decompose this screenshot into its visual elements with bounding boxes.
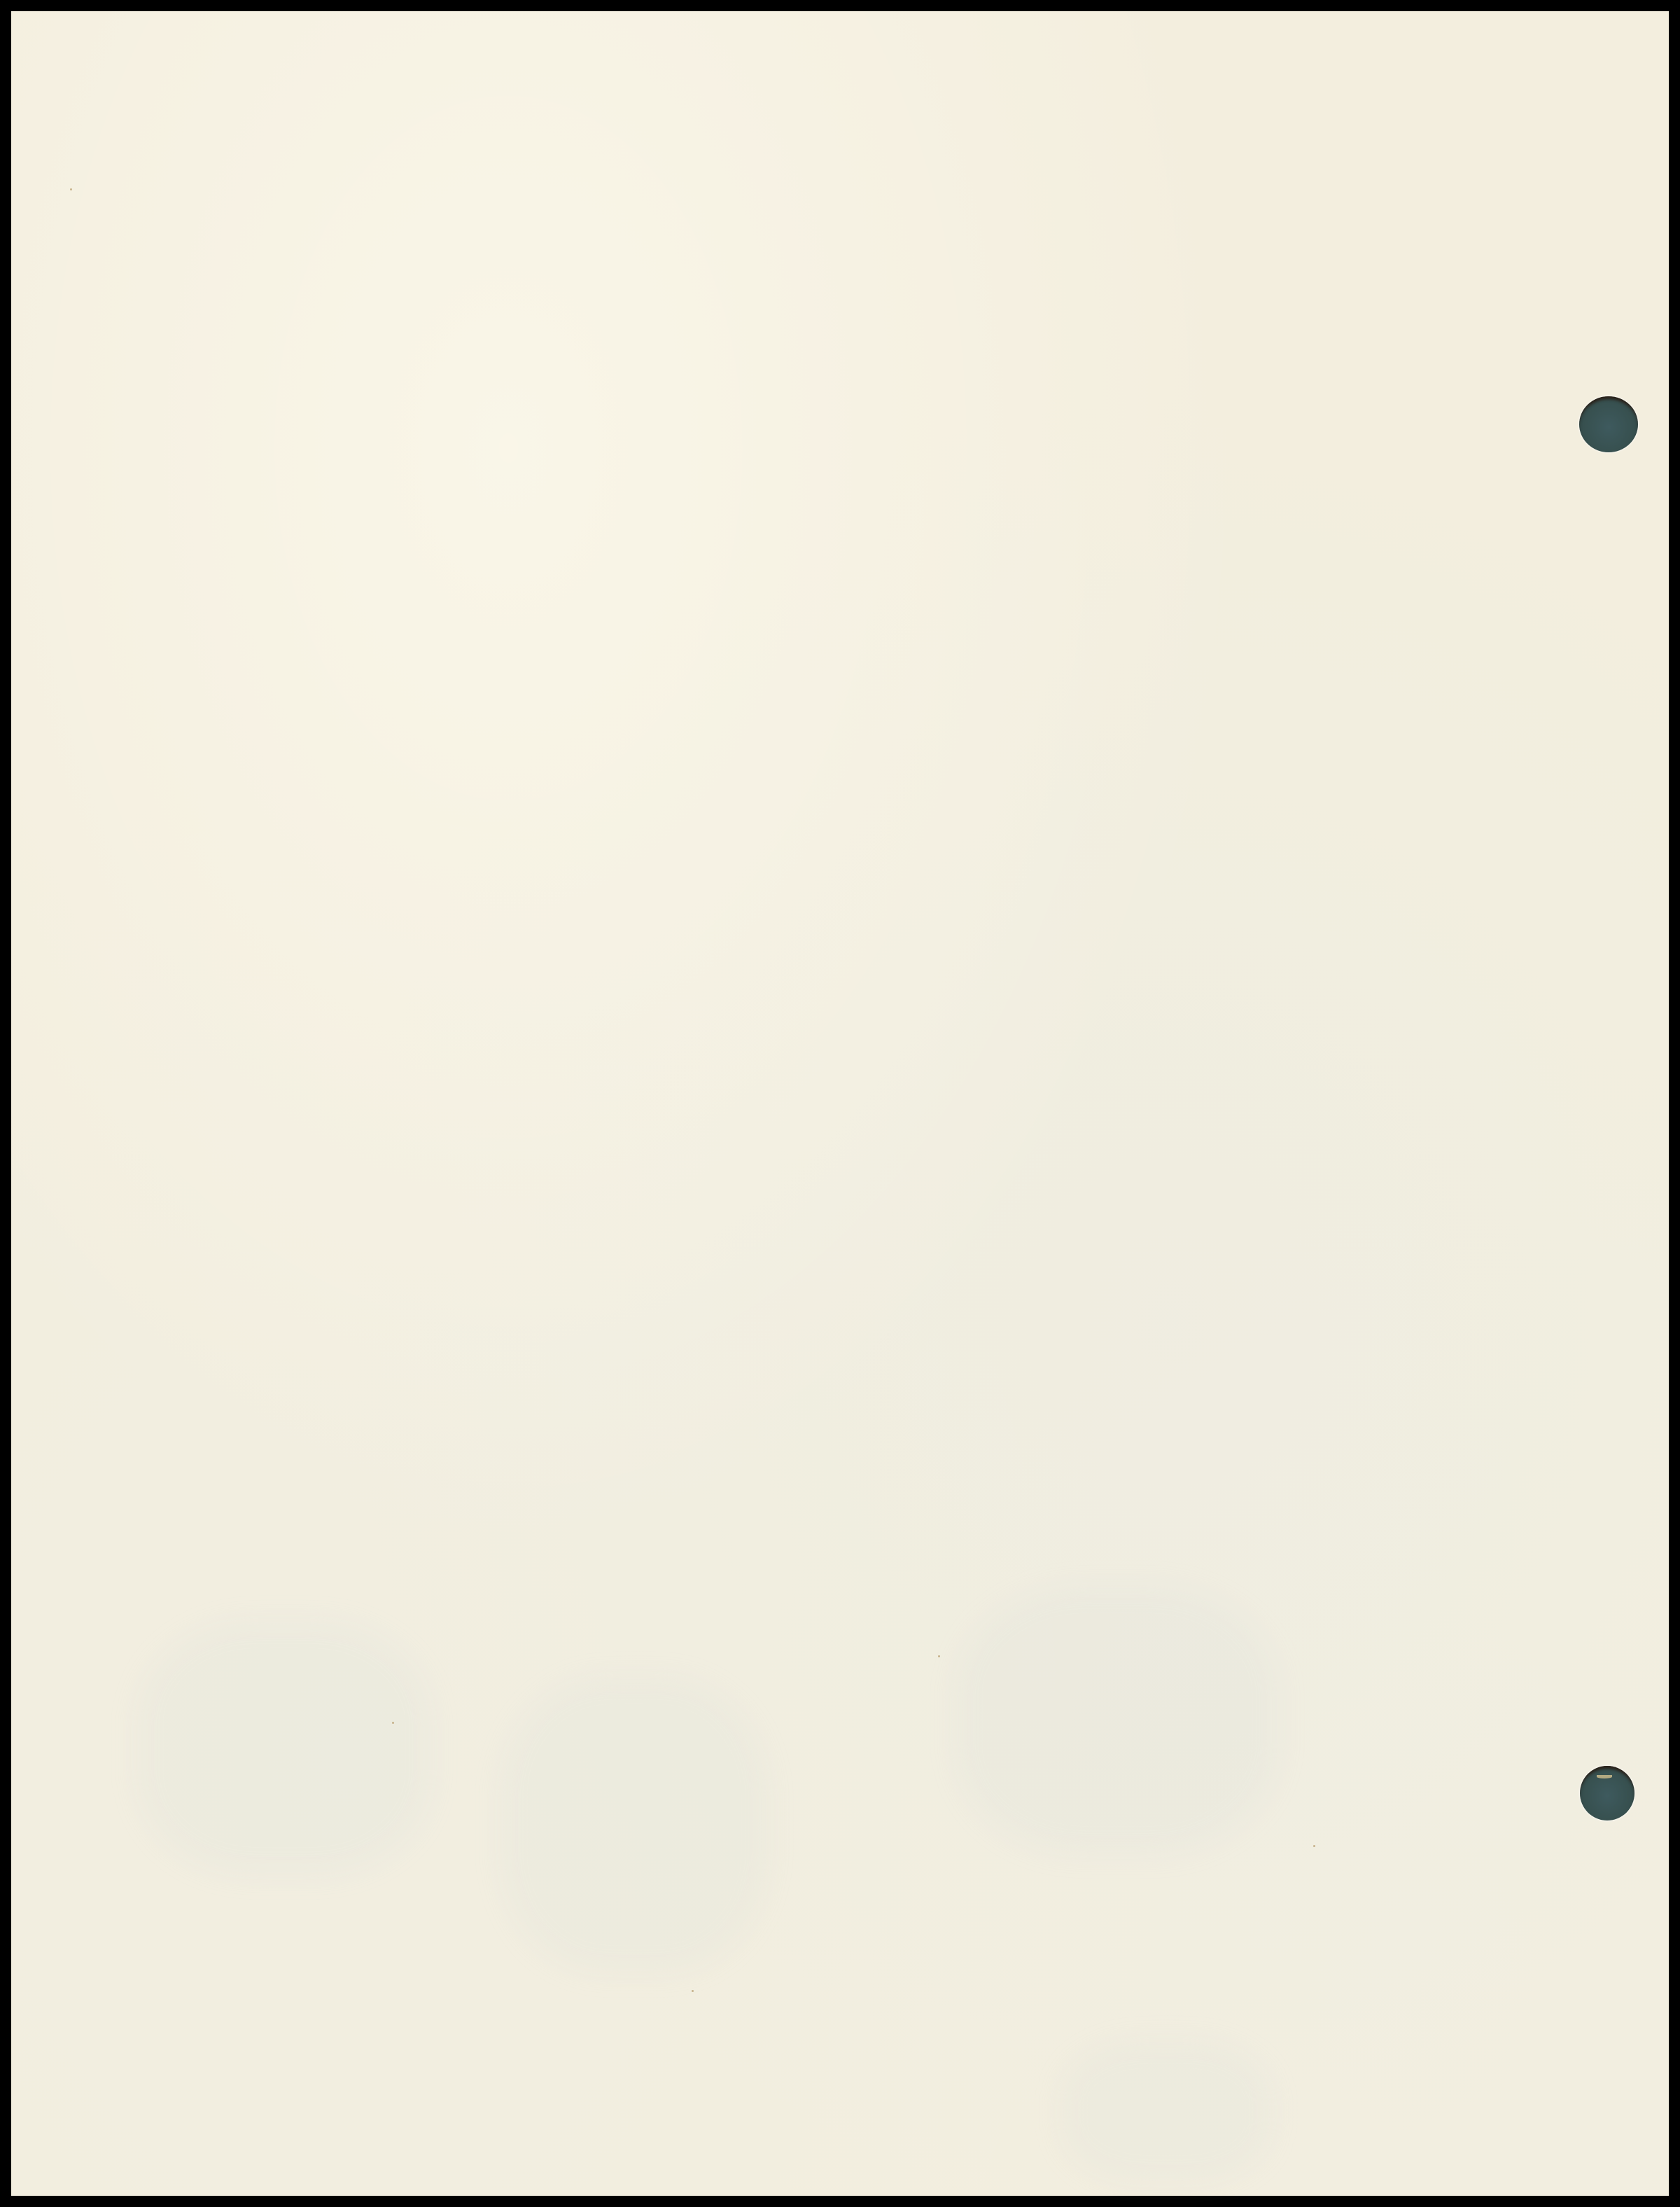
dust-speck [1313,1845,1315,1847]
dust-speck [692,1990,694,1992]
dust-speck [938,1655,940,1657]
bleed-through-mark [956,1587,1278,1853]
bleed-through-mark [1061,2042,1271,2182]
punch-hole-icon [1580,1766,1634,1820]
bleed-through-mark [501,1678,767,1972]
dust-speck [70,188,72,190]
scan-background [0,0,1680,2207]
dust-speck [392,1722,394,1724]
punch-hole-icon [1579,396,1638,452]
bleed-through-mark [137,1622,431,1874]
blank-paper-page [11,11,1669,2196]
